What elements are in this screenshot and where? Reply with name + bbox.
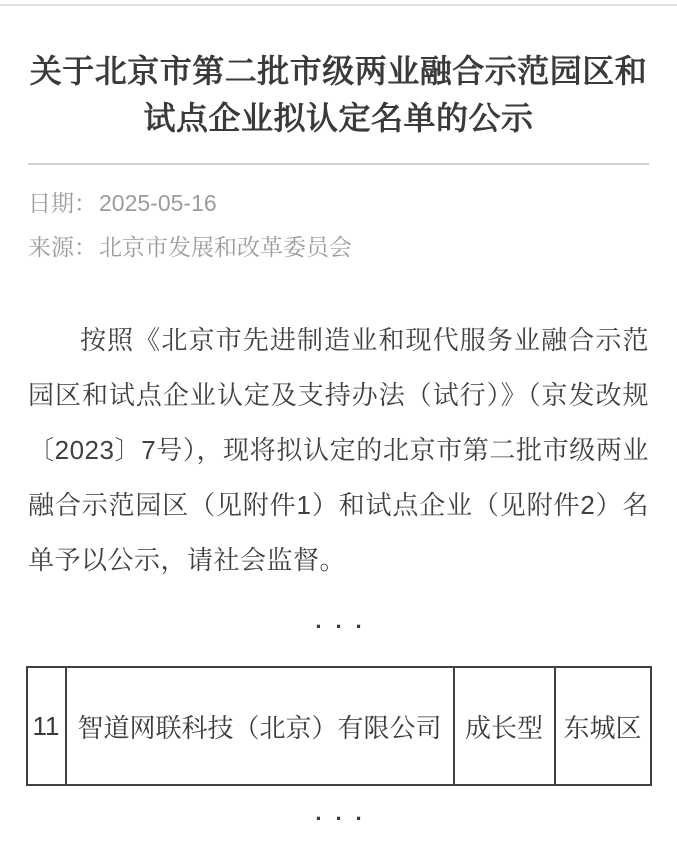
title-divider xyxy=(28,163,649,165)
source-value: 北京市发展和改革委员会 xyxy=(99,234,352,260)
top-divider xyxy=(0,4,677,6)
article-meta: 日期：2025-05-16 来源：北京市发展和改革委员会 xyxy=(28,181,649,269)
ellipsis-truncation-bottom: ... xyxy=(0,798,677,828)
announcement-page: 关于北京市第二批市级两业融合示范园区和试点企业拟认定名单的公示 日期：2025-… xyxy=(0,0,677,860)
row-number-cell: 11 xyxy=(27,667,66,785)
date-label: 日期： xyxy=(28,190,97,216)
ellipsis-truncation-top: ... xyxy=(0,606,677,636)
source-label: 来源： xyxy=(28,234,97,260)
district-cell: 东城区 xyxy=(555,667,651,785)
date-value: 2025-05-16 xyxy=(99,190,217,216)
announcement-body: 按照《北京市先进制造业和现代服务业融合示范园区和试点企业认定及支持办法（试行）》… xyxy=(28,313,649,588)
table-row: 11 智道网联科技（北京）有限公司 成长型 东城区 xyxy=(27,667,651,785)
source-row: 来源：北京市发展和改革委员会 xyxy=(28,225,649,269)
company-name-cell: 智道网联科技（北京）有限公司 xyxy=(66,667,454,785)
date-row: 日期：2025-05-16 xyxy=(28,181,649,225)
enterprise-list-table: 11 智道网联科技（北京）有限公司 成长型 东城区 xyxy=(26,666,652,786)
enterprise-type-cell: 成长型 xyxy=(454,667,555,785)
page-title: 关于北京市第二批市级两业融合示范园区和试点企业拟认定名单的公示 xyxy=(28,48,649,142)
